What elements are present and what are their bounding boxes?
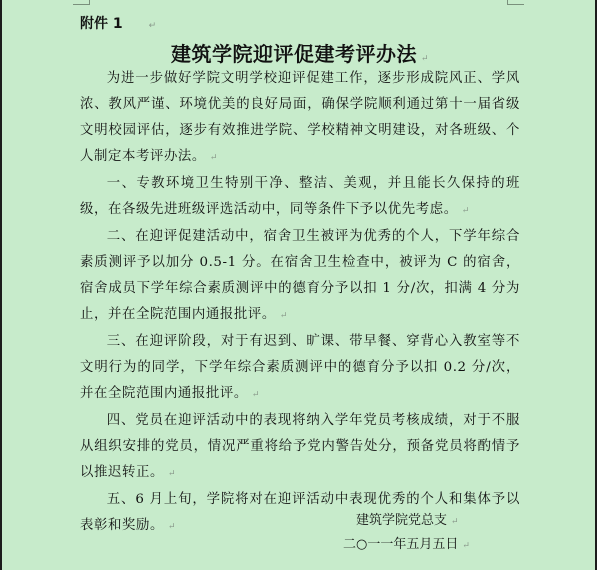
paragraph-mark-icon: ↵ <box>462 541 470 551</box>
paragraph-text: 为进一步做好学院文明学校迎评促建工作，逐步形成院风正、学风浓、教风严谨、环境优美… <box>80 71 520 164</box>
signature-date: 二○一一年五月五日↵ <box>343 533 470 552</box>
paragraph-item-3: 三、在迎评阶段，对于有迟到、旷课、带早餐、穿背心入教室等不文明行为的同学，下学年… <box>80 329 520 408</box>
attachment-label-text: 附件 1 <box>80 16 123 32</box>
paragraph-item-4: 四、党员在迎评活动中的表现将纳入学年党员考核成绩，对于不服从组织安排的党员，情况… <box>80 408 520 487</box>
paragraph-mark-icon: ↵ <box>168 522 176 532</box>
paragraph-intro: 为进一步做好学院文明学校迎评促建工作，逐步形成院风正、学风浓、教风严谨、环境优美… <box>80 66 520 171</box>
document-title: 建筑学院迎评促建考评办法↵ <box>80 38 520 67</box>
paragraph-item-1: 一、专教环境卫生特别干净、整洁、美观，并且能长久保持的班级，在各级先进班级评选活… <box>80 171 520 224</box>
paragraph-text: 四、党员在迎评活动中的表现将纳入学年党员考核成绩，对于不服从组织安排的党员，情况… <box>80 413 520 480</box>
document-title-text: 建筑学院迎评促建考评办法 <box>171 42 417 66</box>
signature-organization: 建筑学院党总支↵ <box>356 509 459 528</box>
paragraph-mark-icon: ↵ <box>149 21 157 31</box>
paragraph-mark-icon: ↵ <box>280 311 288 321</box>
margin-corner-mark-left <box>73 0 90 5</box>
window-left-edge <box>0 0 2 570</box>
paragraph-mark-icon: ↵ <box>210 153 218 163</box>
paragraph-mark-icon: ↵ <box>252 390 260 400</box>
margin-corner-mark-right <box>507 0 524 5</box>
paragraph-mark-icon: ↵ <box>462 206 470 216</box>
paragraph-text: 二、在迎评促建活动中，宿舍卫生被评为优秀的个人，下学年综合素质测评予以加分 0.… <box>80 229 520 322</box>
signature-organization-text: 建筑学院党总支 <box>356 513 447 528</box>
signature-date-text: 二○一一年五月五日 <box>343 537 458 552</box>
paragraph-text: 一、专教环境卫生特别干净、整洁、美观，并且能长久保持的班级，在各级先进班级评选活… <box>80 176 520 217</box>
paragraph-mark-icon: ↵ <box>168 469 176 479</box>
paragraph-mark-icon: ↵ <box>451 517 459 527</box>
paragraph-mark-icon: ↵ <box>421 54 429 64</box>
paragraph-text: 三、在迎评阶段，对于有迟到、旷课、带早餐、穿背心入教室等不文明行为的同学，下学年… <box>80 334 520 401</box>
paragraph-item-2: 二、在迎评促建活动中，宿舍卫生被评为优秀的个人，下学年综合素质测评予以加分 0.… <box>80 224 520 329</box>
attachment-label: 附件 1↵ <box>80 13 156 33</box>
document-body: 为进一步做好学院文明学校迎评促建工作，逐步形成院风正、学风浓、教风严谨、环境优美… <box>80 66 520 540</box>
